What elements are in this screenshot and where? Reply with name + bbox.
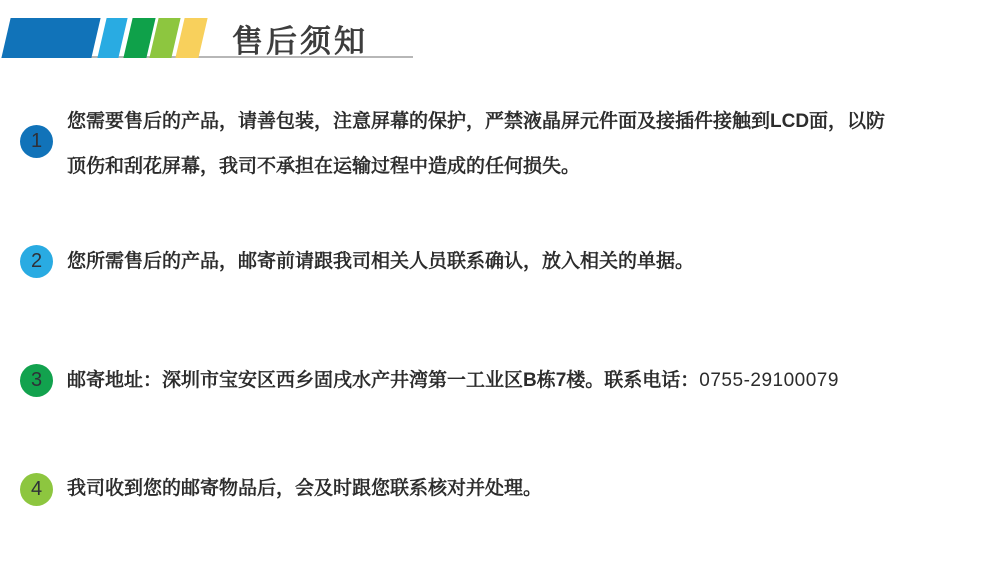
item-1-number-badge: 1 [20, 125, 53, 158]
item-1-text: 您需要售后的产品，请善包装，注意屏幕的保护，严禁液晶屏元件面及接插件接触到LCD… [67, 99, 982, 189]
item-2-line-1: 您所需售后的产品，邮寄前请跟我司相关人员联系确认，放入相关的单据。 [67, 239, 982, 284]
item-4-text: 我司收到您的邮寄物品后，会及时跟您联系核对并处理。 [67, 466, 982, 511]
item-2-number-badge: 2 [20, 245, 53, 278]
item-1-line-1: 您需要售后的产品，请善包装，注意屏幕的保护，严禁液晶屏元件面及接插件接触到LCD… [67, 99, 982, 144]
stripe-blue [1, 18, 100, 58]
stripe-cyan [97, 18, 127, 58]
item-3-number-badge: 3 [20, 364, 53, 397]
item-3-line-1: 邮寄地址：深圳市宝安区西乡固戌水产井湾第一工业区B栋7楼。联系电话：0755-2… [67, 358, 982, 403]
page-title: 售后须知 [232, 16, 368, 61]
item-4-number-badge: 4 [20, 473, 53, 506]
item-1-line-2: 顶伤和刮花屏幕，我司不承担在运输过程中造成的任何损失。 [67, 144, 982, 189]
stripe-yellow [175, 18, 207, 58]
item-4-line-1: 我司收到您的邮寄物品后，会及时跟您联系核对并处理。 [67, 466, 982, 511]
item-3-address-label: 邮寄地址：深圳市宝安区西乡固戌水产井湾第一工业区B栋7楼。联系电话： [67, 370, 699, 391]
item-2-text: 您所需售后的产品，邮寄前请跟我司相关人员联系确认，放入相关的单据。 [67, 239, 982, 284]
item-3-text: 邮寄地址：深圳市宝安区西乡固戌水产井湾第一工业区B栋7楼。联系电话：0755-2… [67, 358, 982, 403]
item-3-phone-number: 0755-29100079 [699, 370, 839, 391]
header-stripes [0, 18, 260, 58]
after-sales-notice-slide: 售后须知 1 您需要售后的产品，请善包装，注意屏幕的保护，严禁液晶屏元件面及接插… [0, 0, 1000, 563]
